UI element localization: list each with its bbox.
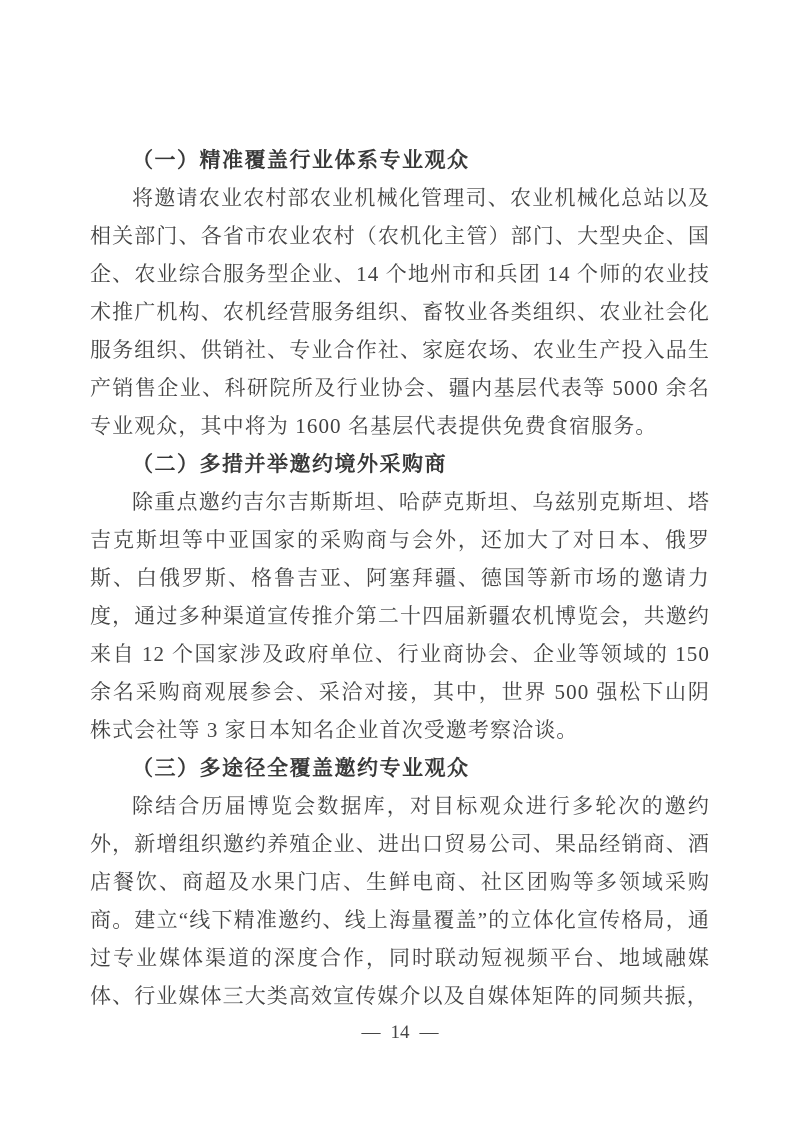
section-2-paragraph: 除重点邀约吉尔吉斯斯坦、哈萨克斯坦、乌兹别克斯坦、塔吉克斯坦等中亚国家的采购商与… bbox=[90, 483, 710, 749]
document-page: （一）精准覆盖行业体系专业观众 将邀请农业农村部农业机械化管理司、农业机械化总站… bbox=[0, 0, 800, 1131]
page-footer: —14— bbox=[0, 1022, 800, 1044]
section-2-heading: （二）多措并举邀约境外采购商 bbox=[90, 445, 710, 483]
section-3: （三）多途径全覆盖邀约专业观众 除结合历届博览会数据库，对目标观众进行多轮次的邀… bbox=[90, 749, 710, 1015]
section-1-heading: （一）精准覆盖行业体系专业观众 bbox=[90, 141, 710, 179]
footer-dash-right: — bbox=[420, 1022, 439, 1044]
section-1-paragraph: 将邀请农业农村部农业机械化管理司、农业机械化总站以及相关部门、各省市农业农村（农… bbox=[90, 179, 710, 445]
document-body: （一）精准覆盖行业体系专业观众 将邀请农业农村部农业机械化管理司、农业机械化总站… bbox=[90, 141, 710, 1015]
footer-dash-left: — bbox=[362, 1022, 381, 1044]
section-3-paragraph: 除结合历届博览会数据库，对目标观众进行多轮次的邀约外，新增组织邀约养殖企业、进出… bbox=[90, 787, 710, 1015]
section-1: （一）精准覆盖行业体系专业观众 将邀请农业农村部农业机械化管理司、农业机械化总站… bbox=[90, 141, 710, 445]
section-2: （二）多措并举邀约境外采购商 除重点邀约吉尔吉斯斯坦、哈萨克斯坦、乌兹别克斯坦、… bbox=[90, 445, 710, 749]
page-number: 14 bbox=[391, 1022, 410, 1044]
section-3-heading: （三）多途径全覆盖邀约专业观众 bbox=[90, 749, 710, 787]
